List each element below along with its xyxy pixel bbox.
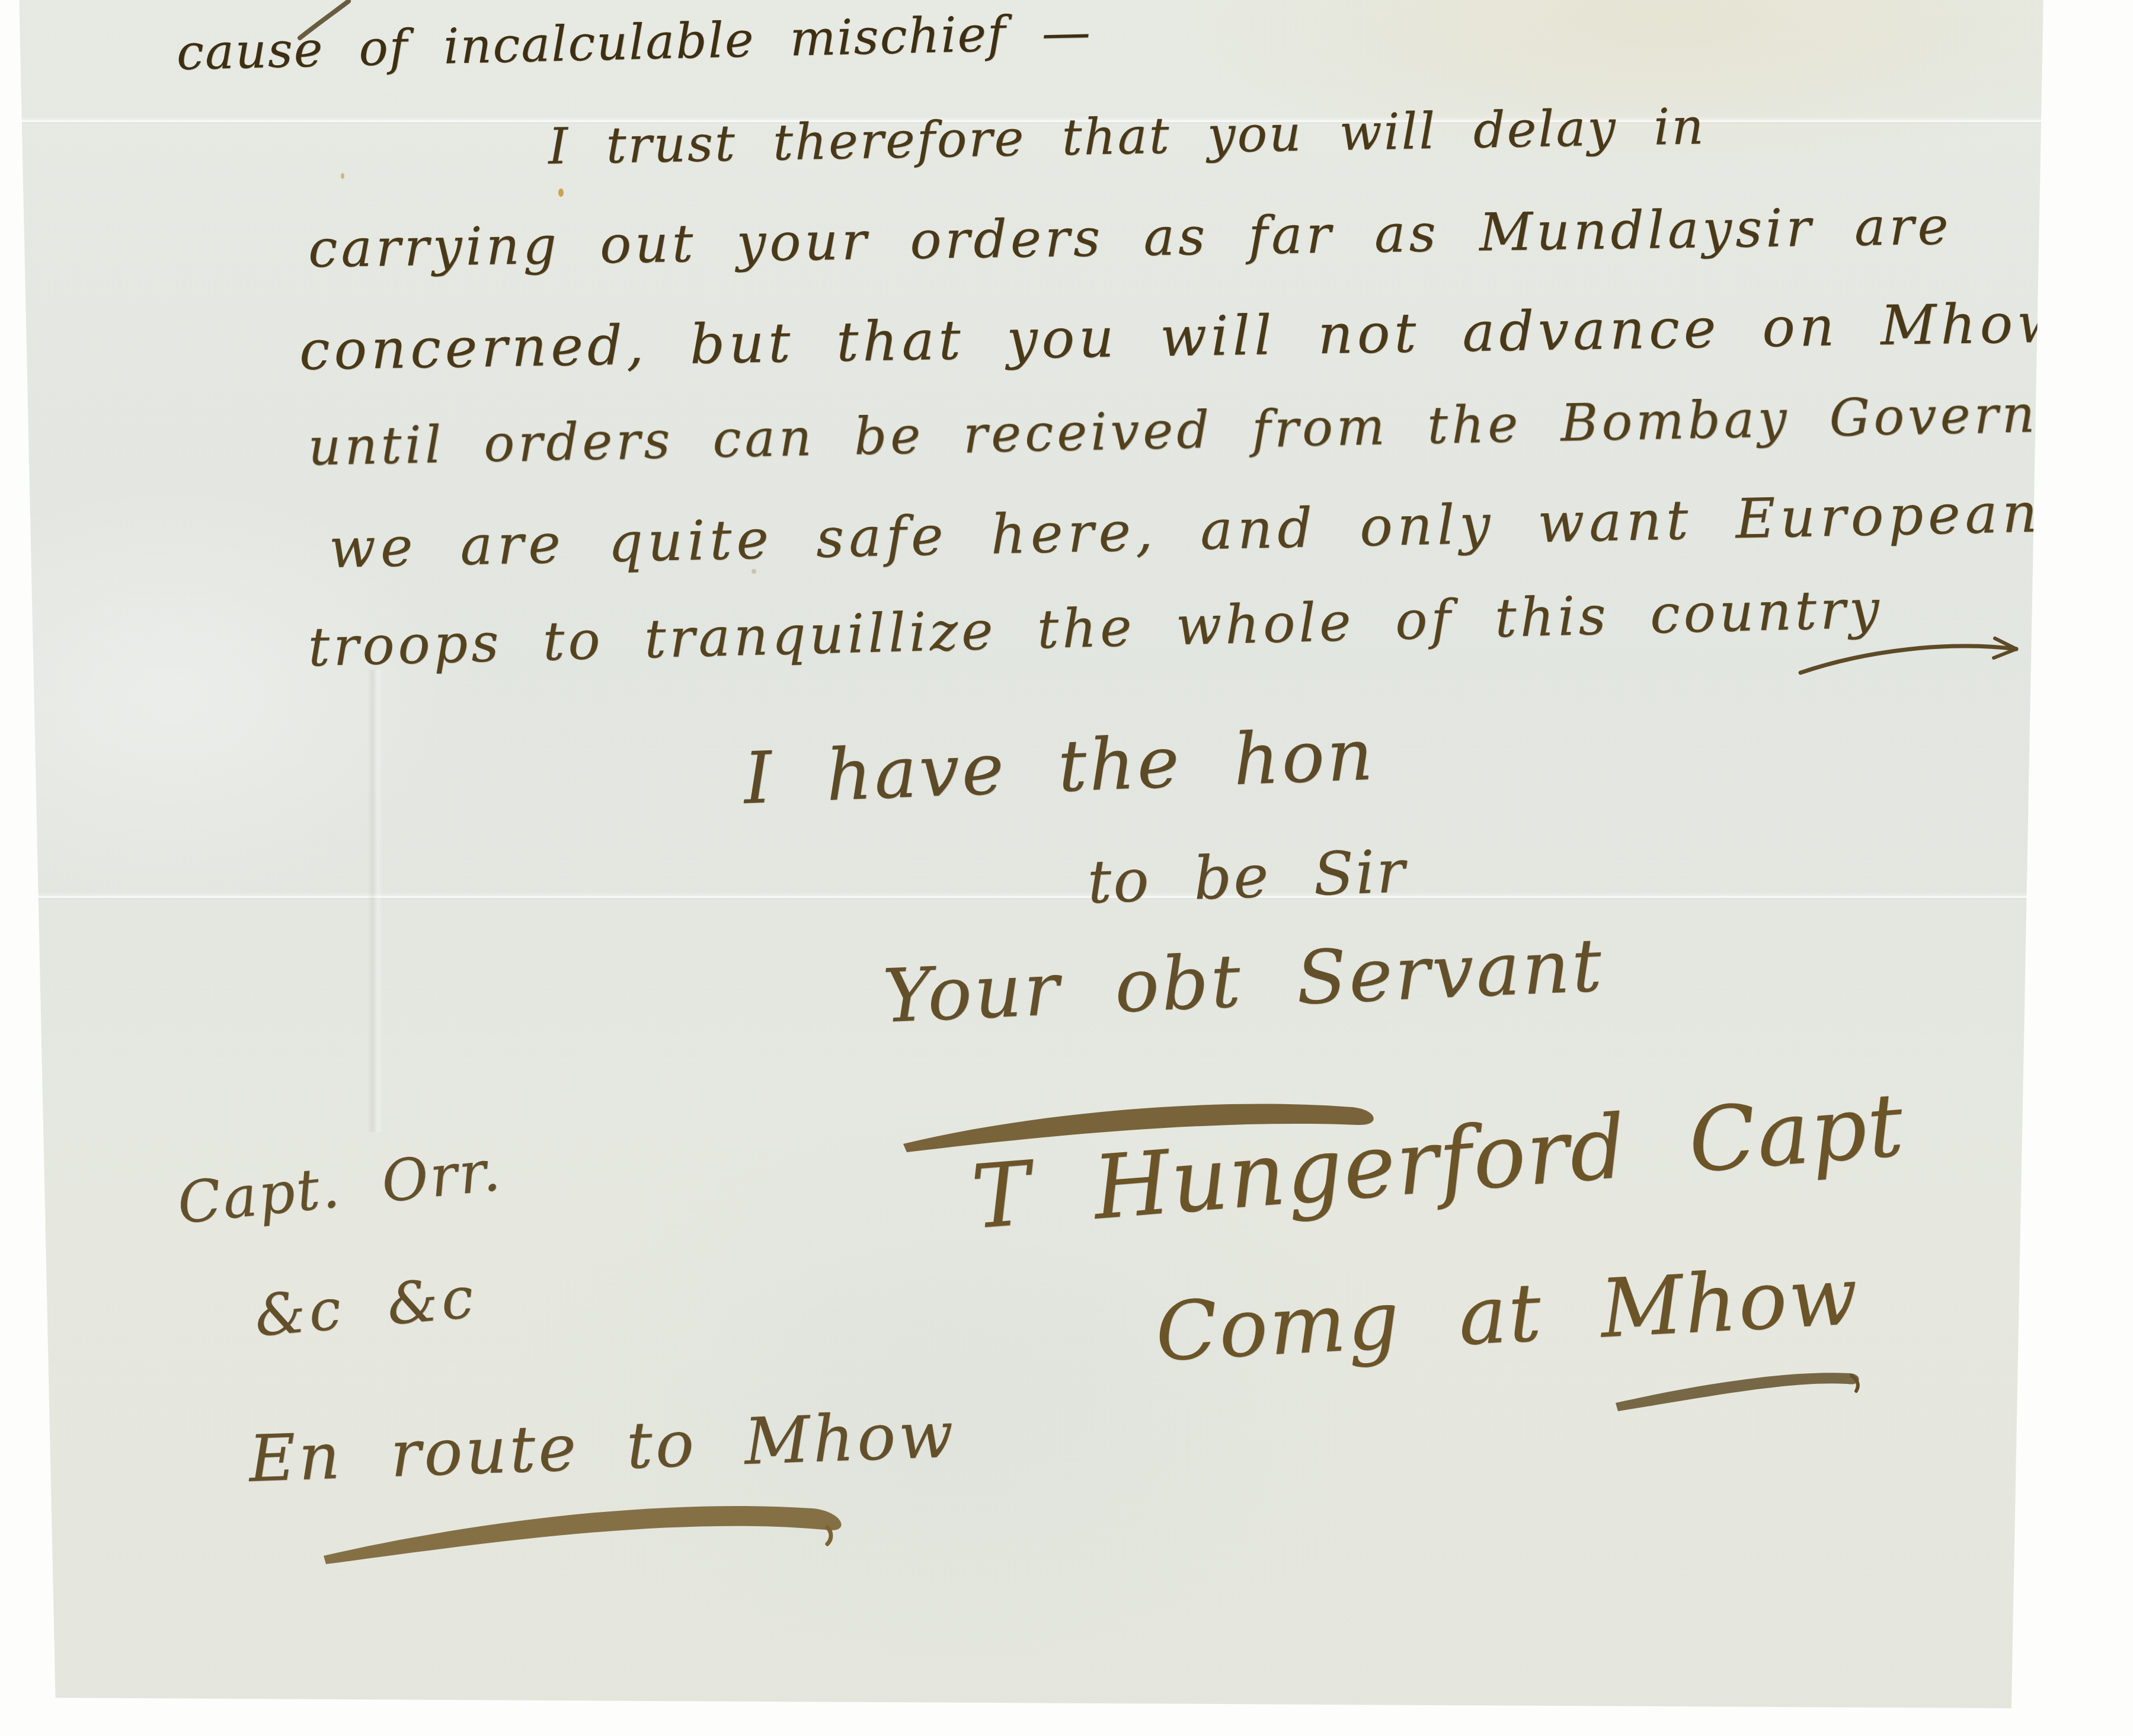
letter-line: cause of incalculable mischief — xyxy=(176,4,1092,81)
letter-line: concerned, but that you will not advance… xyxy=(299,291,2068,382)
closing-line: Your obt Servant xyxy=(881,923,1606,1040)
letter-line: troops to tranquillize the whole of this… xyxy=(308,578,1883,679)
letter-line: until orders can be received from the Bo… xyxy=(308,380,2133,477)
manuscript-photo: cause of incalculable mischief — I trust… xyxy=(0,0,2133,1736)
paper-wrinkle xyxy=(367,670,383,1132)
letter-line: carrying out your orders as far as Mundl… xyxy=(308,195,1952,279)
ink-speck xyxy=(341,173,344,179)
addressee-etc: &c &c xyxy=(252,1264,479,1349)
letter-line: I trust therefore that you will delay in xyxy=(548,97,1706,175)
closing-line: I have the hon xyxy=(742,714,1376,820)
fold-crease-lower xyxy=(0,896,2133,899)
addressee-route: En route to Mhow xyxy=(248,1398,958,1497)
letter-line: we are quite safe here, and only want Eu… xyxy=(328,481,2043,580)
ink-speck xyxy=(558,188,564,197)
signature-flourish xyxy=(1612,1360,1873,1417)
closing-line: to be Sir xyxy=(1086,836,1408,917)
signature-title: Comg at Mhow xyxy=(1153,1249,1862,1380)
addressee-name: Capt. Orr. xyxy=(174,1137,504,1237)
underline-swoosh xyxy=(320,1491,901,1574)
letter-page: cause of incalculable mischief — I trust… xyxy=(0,0,2133,1736)
signature-name: T Hungerford Capt xyxy=(968,1074,1908,1249)
